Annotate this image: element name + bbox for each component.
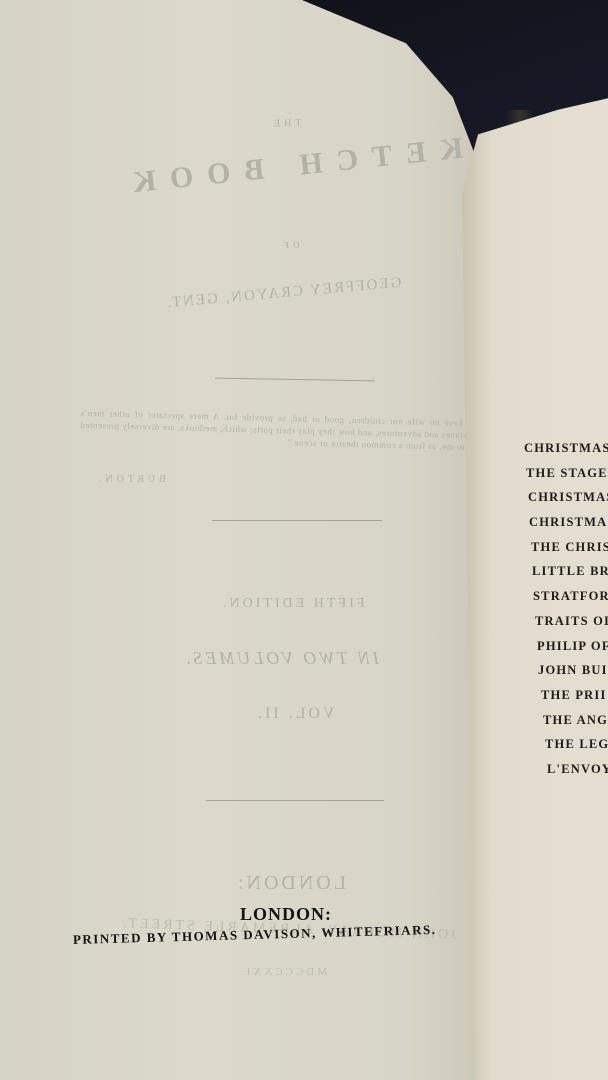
- toc-item: THE PRII: [541, 683, 608, 708]
- toc-item: CHRISTMAS: [528, 485, 608, 510]
- show-through-attribution: BURTON.: [95, 474, 166, 485]
- show-through-edition: FIFTH EDITION.: [220, 596, 365, 612]
- toc-item: JOHN BUI: [538, 658, 608, 683]
- toc-item: STRATFOR: [533, 584, 608, 609]
- ornament-rule-2: [212, 520, 382, 521]
- toc-item: THE ANG: [543, 708, 608, 733]
- show-through-year: MDCCCXXI.: [238, 966, 327, 978]
- toc-item: LITTLE BR: [532, 559, 608, 584]
- toc-item: THE STAGE: [526, 461, 608, 486]
- show-through-city: LONDON:: [235, 872, 346, 895]
- toc-item: CHRISTMAS: [529, 510, 608, 535]
- toc-item: THE CHRIS: [531, 535, 608, 560]
- printed-city: LONDON:: [240, 904, 332, 925]
- toc-item: CHRISTMAS: [524, 436, 608, 461]
- show-through-the: THE: [270, 117, 302, 129]
- ornament-rule-3: [206, 800, 384, 801]
- show-through-volume: VOL. II.: [255, 705, 335, 723]
- show-through-volumes: IN TWO VOLUMES.: [183, 648, 379, 669]
- toc-item: THE LEG: [545, 732, 608, 757]
- toc-item: L'ENVOY: [547, 757, 608, 782]
- table-of-contents: CHRISTMAS THE STAGE CHRISTMAS CHRISTMAS …: [524, 436, 608, 782]
- toc-item: TRAITS OI: [535, 609, 608, 634]
- show-through-of: OF: [280, 240, 300, 251]
- toc-item: PHILIP OF: [537, 634, 608, 659]
